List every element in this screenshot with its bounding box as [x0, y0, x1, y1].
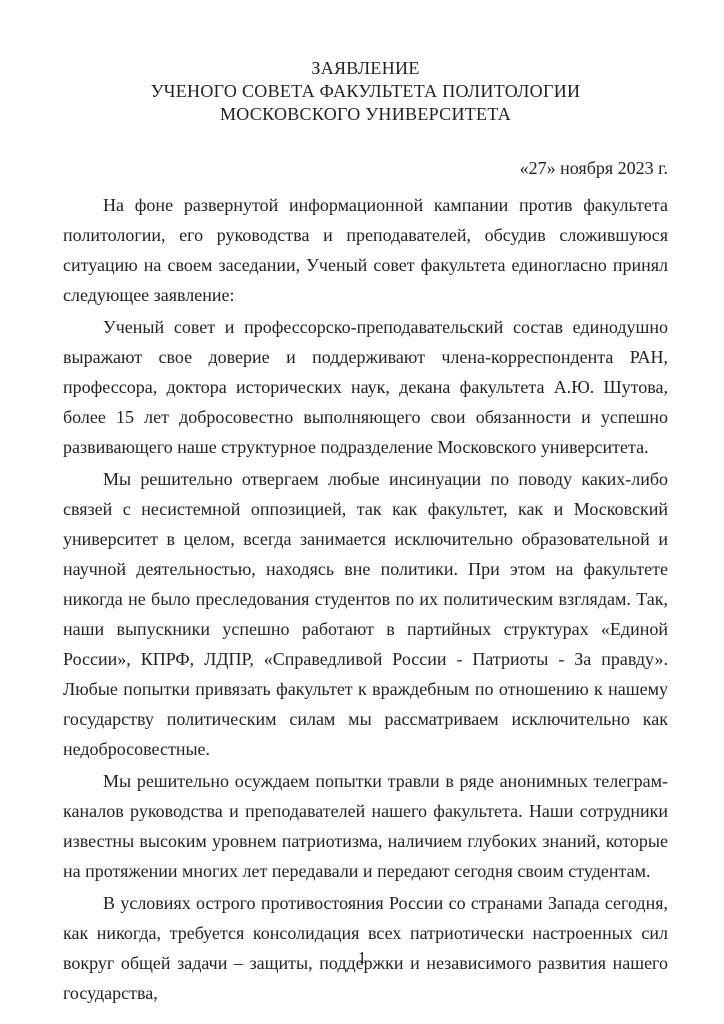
paragraph-4: Мы решительно осуждаем попытки травли в … [63, 766, 668, 886]
document-content: ЗАЯВЛЕНИЕ УЧЕНОГО СОВЕТА ФАКУЛЬТЕТА ПОЛИ… [63, 0, 668, 1010]
title-line-1: ЗАЯВЛЕНИЕ [63, 57, 668, 80]
document-body: На фоне развернутой информационной кампа… [63, 190, 668, 1008]
title-line-2: УЧЕНОГО СОВЕТА ФАКУЛЬТЕТА ПОЛИТОЛОГИИ [63, 80, 668, 103]
paragraph-3: Мы решительно отвергаем любые инсинуации… [63, 464, 668, 764]
title-line-3: МОСКОВСКОГО УНИВЕРСИТЕТА [63, 103, 668, 126]
paragraph-1: На фоне развернутой информационной кампа… [63, 190, 668, 310]
document-page: ЗАЯВЛЕНИЕ УЧЕНОГО СОВЕТА ФАКУЛЬТЕТА ПОЛИ… [0, 0, 724, 1024]
page-number: 1 [0, 948, 724, 968]
document-title: ЗАЯВЛЕНИЕ УЧЕНОГО СОВЕТА ФАКУЛЬТЕТА ПОЛИ… [63, 57, 668, 126]
document-date: «27» ноября 2023 г. [63, 157, 668, 180]
paragraph-2: Ученый совет и профессорско-преподавател… [63, 312, 668, 462]
